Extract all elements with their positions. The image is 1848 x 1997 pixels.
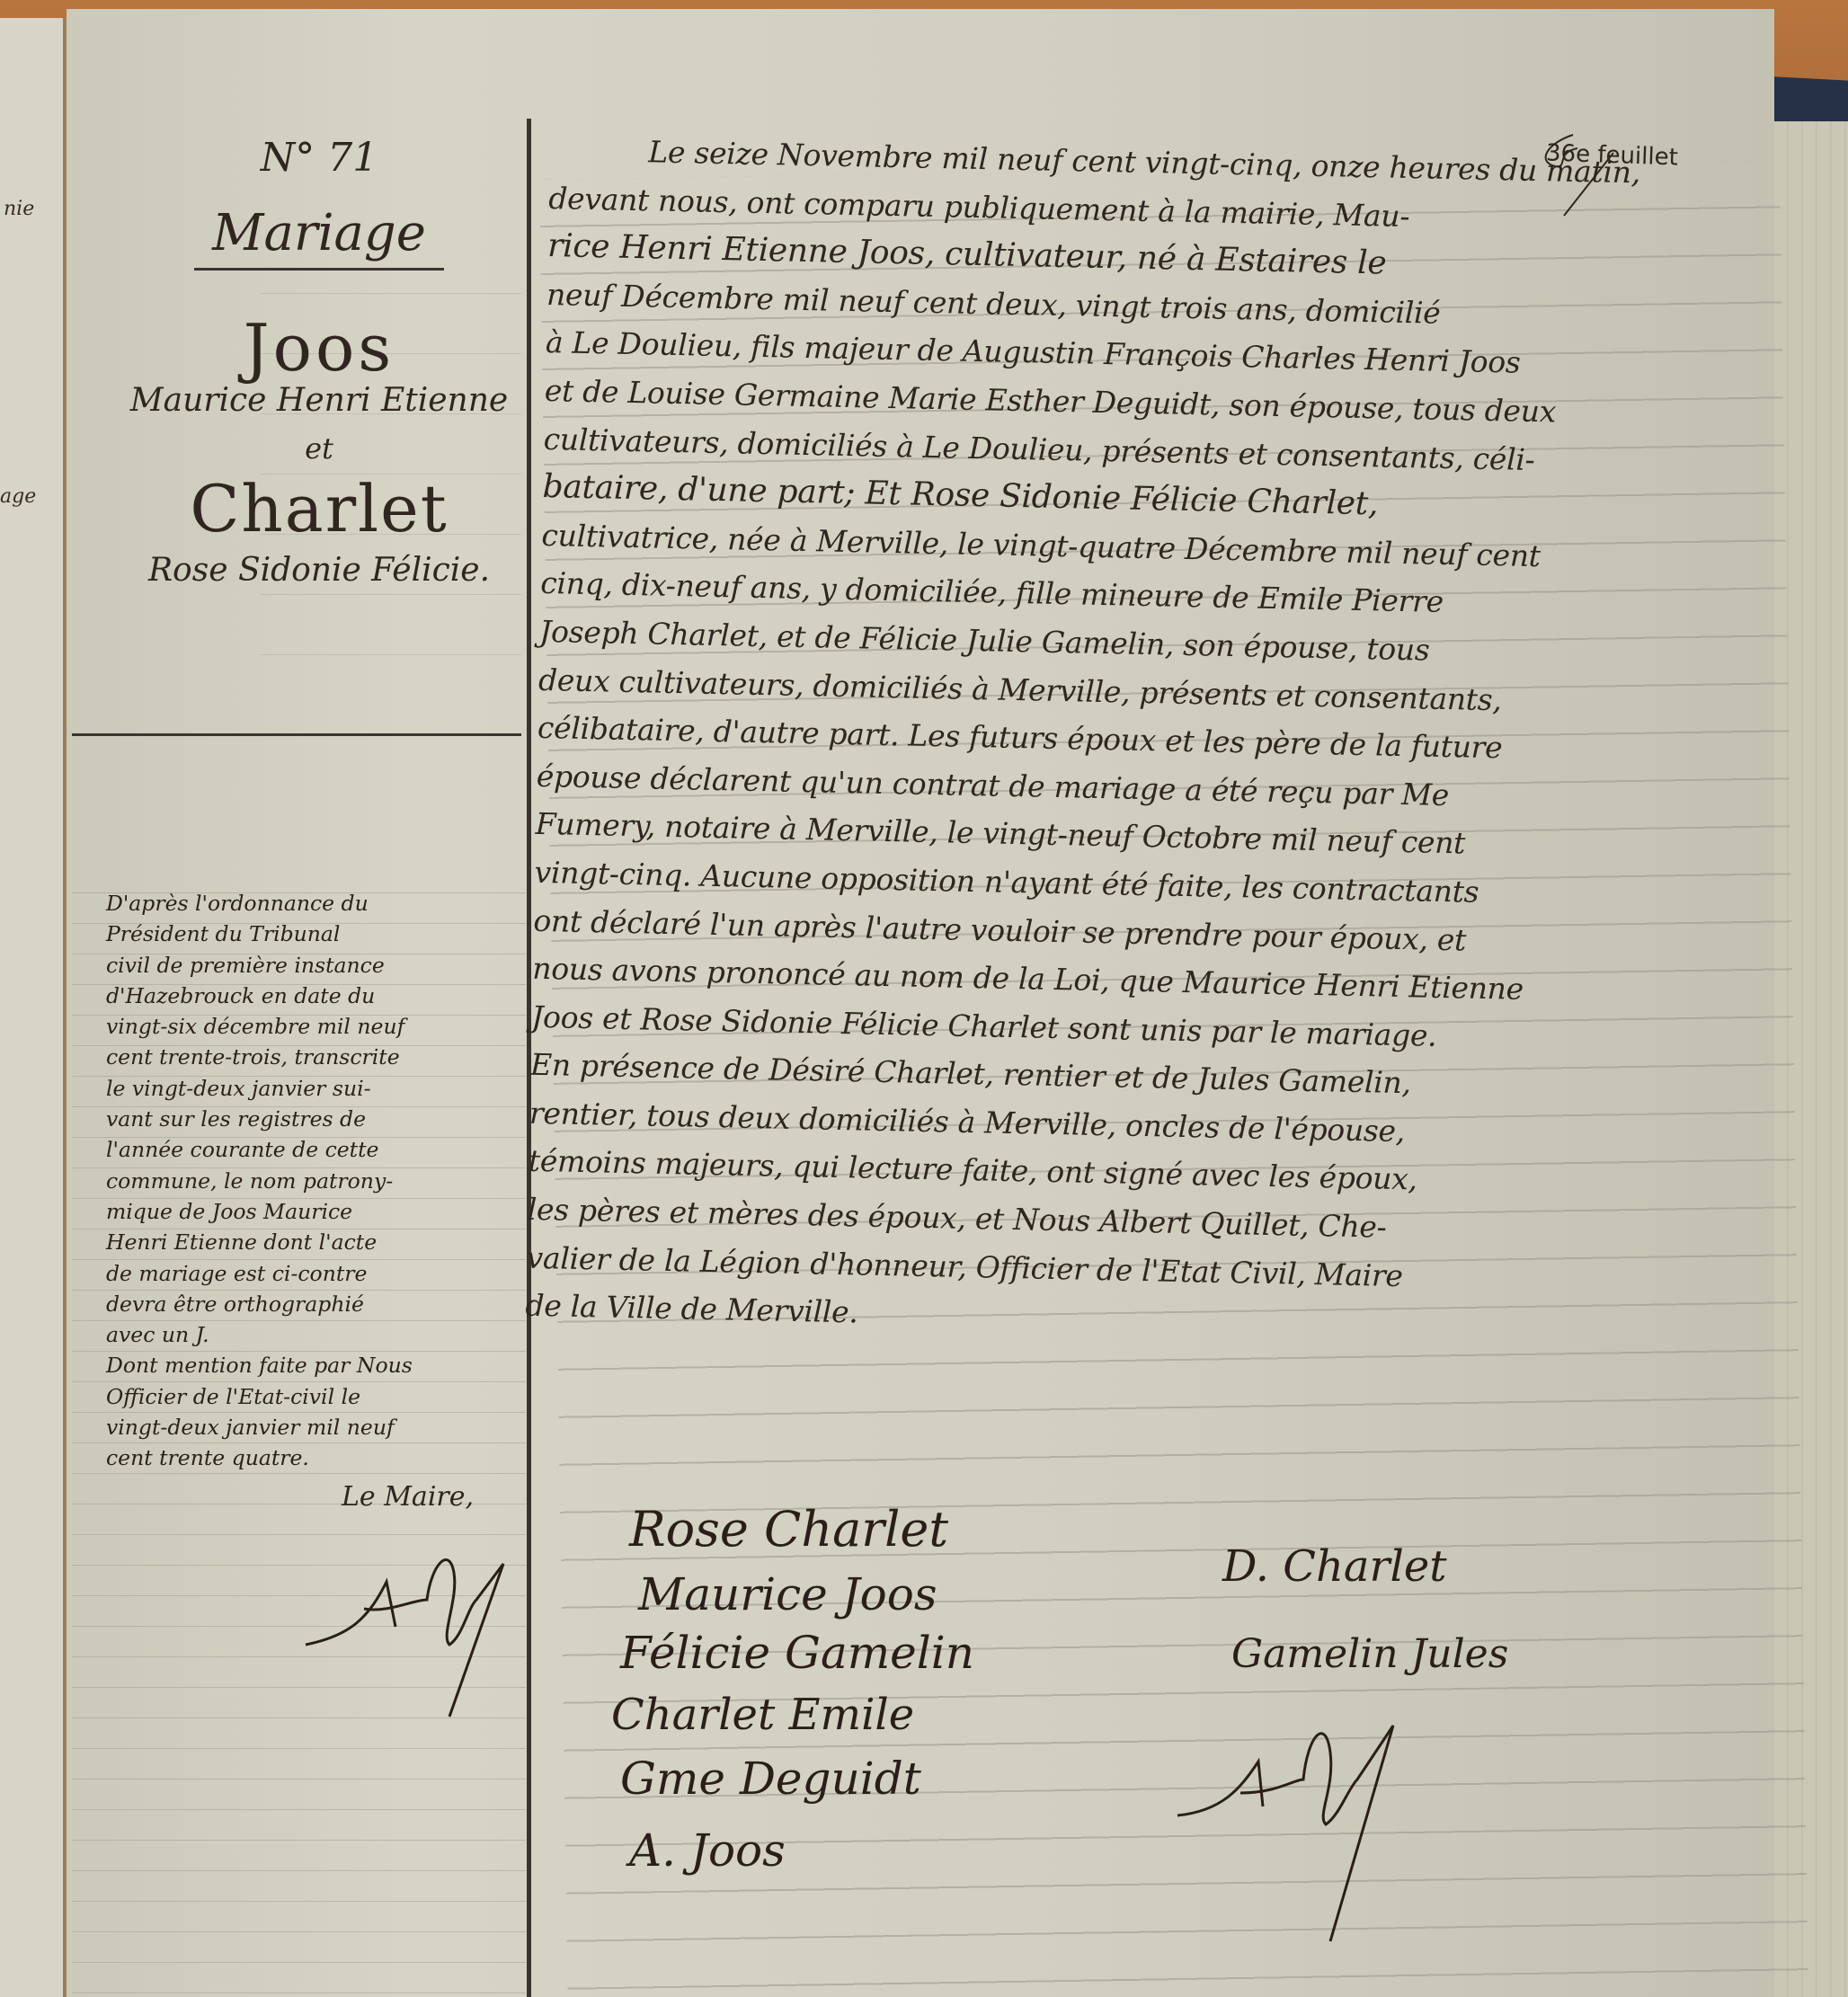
conjunction: et	[108, 431, 530, 466]
annotation-line: vingt-deux janvier mil neuf	[106, 1412, 520, 1442]
annotation-line: l'année courante de cette	[106, 1134, 520, 1165]
annotation-line: vant sur les registres de	[106, 1104, 520, 1134]
previous-page-fragment: age	[0, 485, 36, 508]
annotation-line: commune, le nom patrony-	[106, 1166, 520, 1196]
groom-given-names: Maurice Henri Etienne	[108, 382, 530, 419]
annotation-line: vingt-six décembre mil neuf	[106, 1011, 520, 1042]
mayor-signature-margin	[297, 1510, 512, 1726]
annotation-line: cent trente quatre.	[106, 1442, 520, 1473]
signature-groom-father: A. Joos	[629, 1824, 786, 1877]
annotation-line: D'après l'ordonnance du	[106, 888, 520, 919]
signature-witness-jules-gamelin: Gamelin Jules	[1231, 1631, 1508, 1677]
margin-header: N° 71 Mariage Joos Maurice Henri Etienne…	[108, 135, 530, 589]
annotation-line: Dont mention faite par Nous	[106, 1350, 520, 1380]
mayor-signature-body	[1168, 1708, 1456, 1995]
groom-surname: Joos	[108, 310, 530, 386]
bride-given-names: Rose Sidonie Félicie.	[108, 552, 530, 589]
annotation-closing: Le Maire,	[342, 1481, 474, 1513]
signature-bride-mother: Félicie Gamelin	[620, 1627, 974, 1679]
bride-surname: Charlet	[108, 471, 530, 546]
annotation-line: civil de première instance	[106, 950, 520, 981]
annotation-line: de mariage est ci-contre	[106, 1258, 520, 1289]
acte-type: Mariage	[194, 204, 444, 271]
annotation-line: avec un J.	[106, 1319, 520, 1350]
annotation-line: d'Hazebrouck en date du	[106, 981, 520, 1011]
annotation-line: Président du Tribunal	[106, 919, 520, 949]
annotation-line: cent trente-trois, transcrite	[106, 1042, 520, 1072]
act-body: Le seize Novembre mil neuf cent vingt-ci…	[525, 126, 1781, 1355]
margin-annotation: D'après l'ordonnance du Président du Tri…	[106, 888, 520, 1474]
annotation-line: mique de Joos Maurice	[106, 1196, 520, 1227]
signature-witness-desire-charlet: D. Charlet	[1222, 1541, 1447, 1592]
signature-groom-mother: Gme Deguidt	[620, 1753, 921, 1805]
annotation-line: le vingt-deux janvier sui-	[106, 1073, 520, 1104]
signature-bride: Rose Charlet	[629, 1501, 948, 1558]
margin-horizontal-rule	[72, 733, 521, 736]
acte-number: N° 71	[108, 135, 530, 181]
signature-groom: Maurice Joos	[638, 1568, 937, 1620]
annotation-line: Officier de l'Etat-civil le	[106, 1381, 520, 1412]
annotation-line: Henri Etienne dont l'acte	[106, 1227, 520, 1257]
previous-page-edge: nie age	[0, 18, 67, 1997]
signature-bride-father: Charlet Emile	[611, 1690, 914, 1740]
previous-page-fragment: nie	[4, 198, 34, 220]
annotation-line: devra être orthographié	[106, 1289, 520, 1319]
